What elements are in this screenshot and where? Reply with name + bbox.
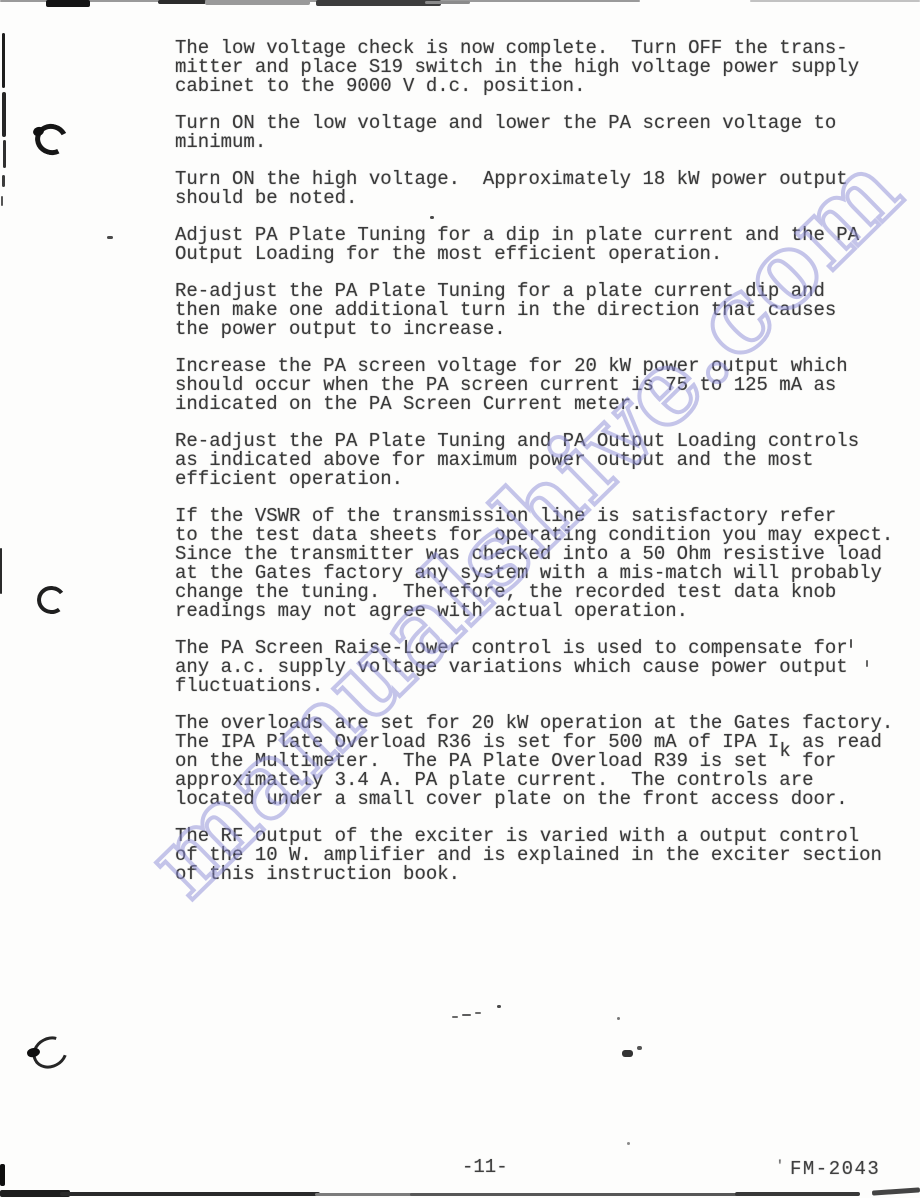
subscript: k — [779, 740, 790, 762]
text-line: the power output to increase. — [175, 320, 905, 339]
paragraph: Adjust PA Plate Tuning for a dip in plat… — [175, 226, 905, 264]
paragraph: Turn ON the high voltage. Approximately … — [175, 170, 905, 208]
scanned-page: The low voltage check is now complete. T… — [0, 0, 920, 1198]
paragraph: Turn ON the low voltage and lower the PA… — [175, 114, 905, 152]
document-body: The low voltage check is now complete. T… — [175, 39, 905, 902]
paragraph: Re-adjust the PA Plate Tuning and PA Out… — [175, 432, 905, 489]
paragraph: The PA Screen Raise-Lower control is use… — [175, 639, 905, 696]
paragraph: Increase the PA screen voltage for 20 kW… — [175, 357, 905, 414]
text-line: fluctuations. — [175, 677, 905, 696]
text-line: located under a small cover plate on the… — [175, 790, 905, 809]
text-line: indicated on the PA Screen Current meter… — [175, 395, 905, 414]
paragraph: Re-adjust the PA Plate Tuning for a plat… — [175, 282, 905, 339]
page-number: -11- — [462, 1156, 508, 1178]
paragraph: The RF output of the exciter is varied w… — [175, 827, 905, 884]
text-line: of this instruction book. — [175, 865, 905, 884]
text-line: Output Loading for the most efficient op… — [175, 245, 905, 264]
paragraph: If the VSWR of the transmission line is … — [175, 507, 905, 621]
text-line: should be noted. — [175, 189, 905, 208]
paragraph: The overloads are set for 20 kW operatio… — [175, 714, 905, 809]
text-line: Turn ON the low voltage and lower the PA… — [175, 114, 905, 133]
text-line: cabinet to the 9000 V d.c. position. — [175, 77, 905, 96]
page-footer: -11- ' FM-2043 — [0, 1156, 920, 1182]
text-line: minimum. — [175, 133, 905, 152]
paragraph: The low voltage check is now complete. T… — [175, 39, 905, 96]
text-line: efficient operation. — [175, 470, 905, 489]
doc-number-mark: ' — [776, 1158, 784, 1173]
doc-number: FM-2043 — [790, 1158, 880, 1180]
text-line: readings may not agree with actual opera… — [175, 602, 905, 621]
